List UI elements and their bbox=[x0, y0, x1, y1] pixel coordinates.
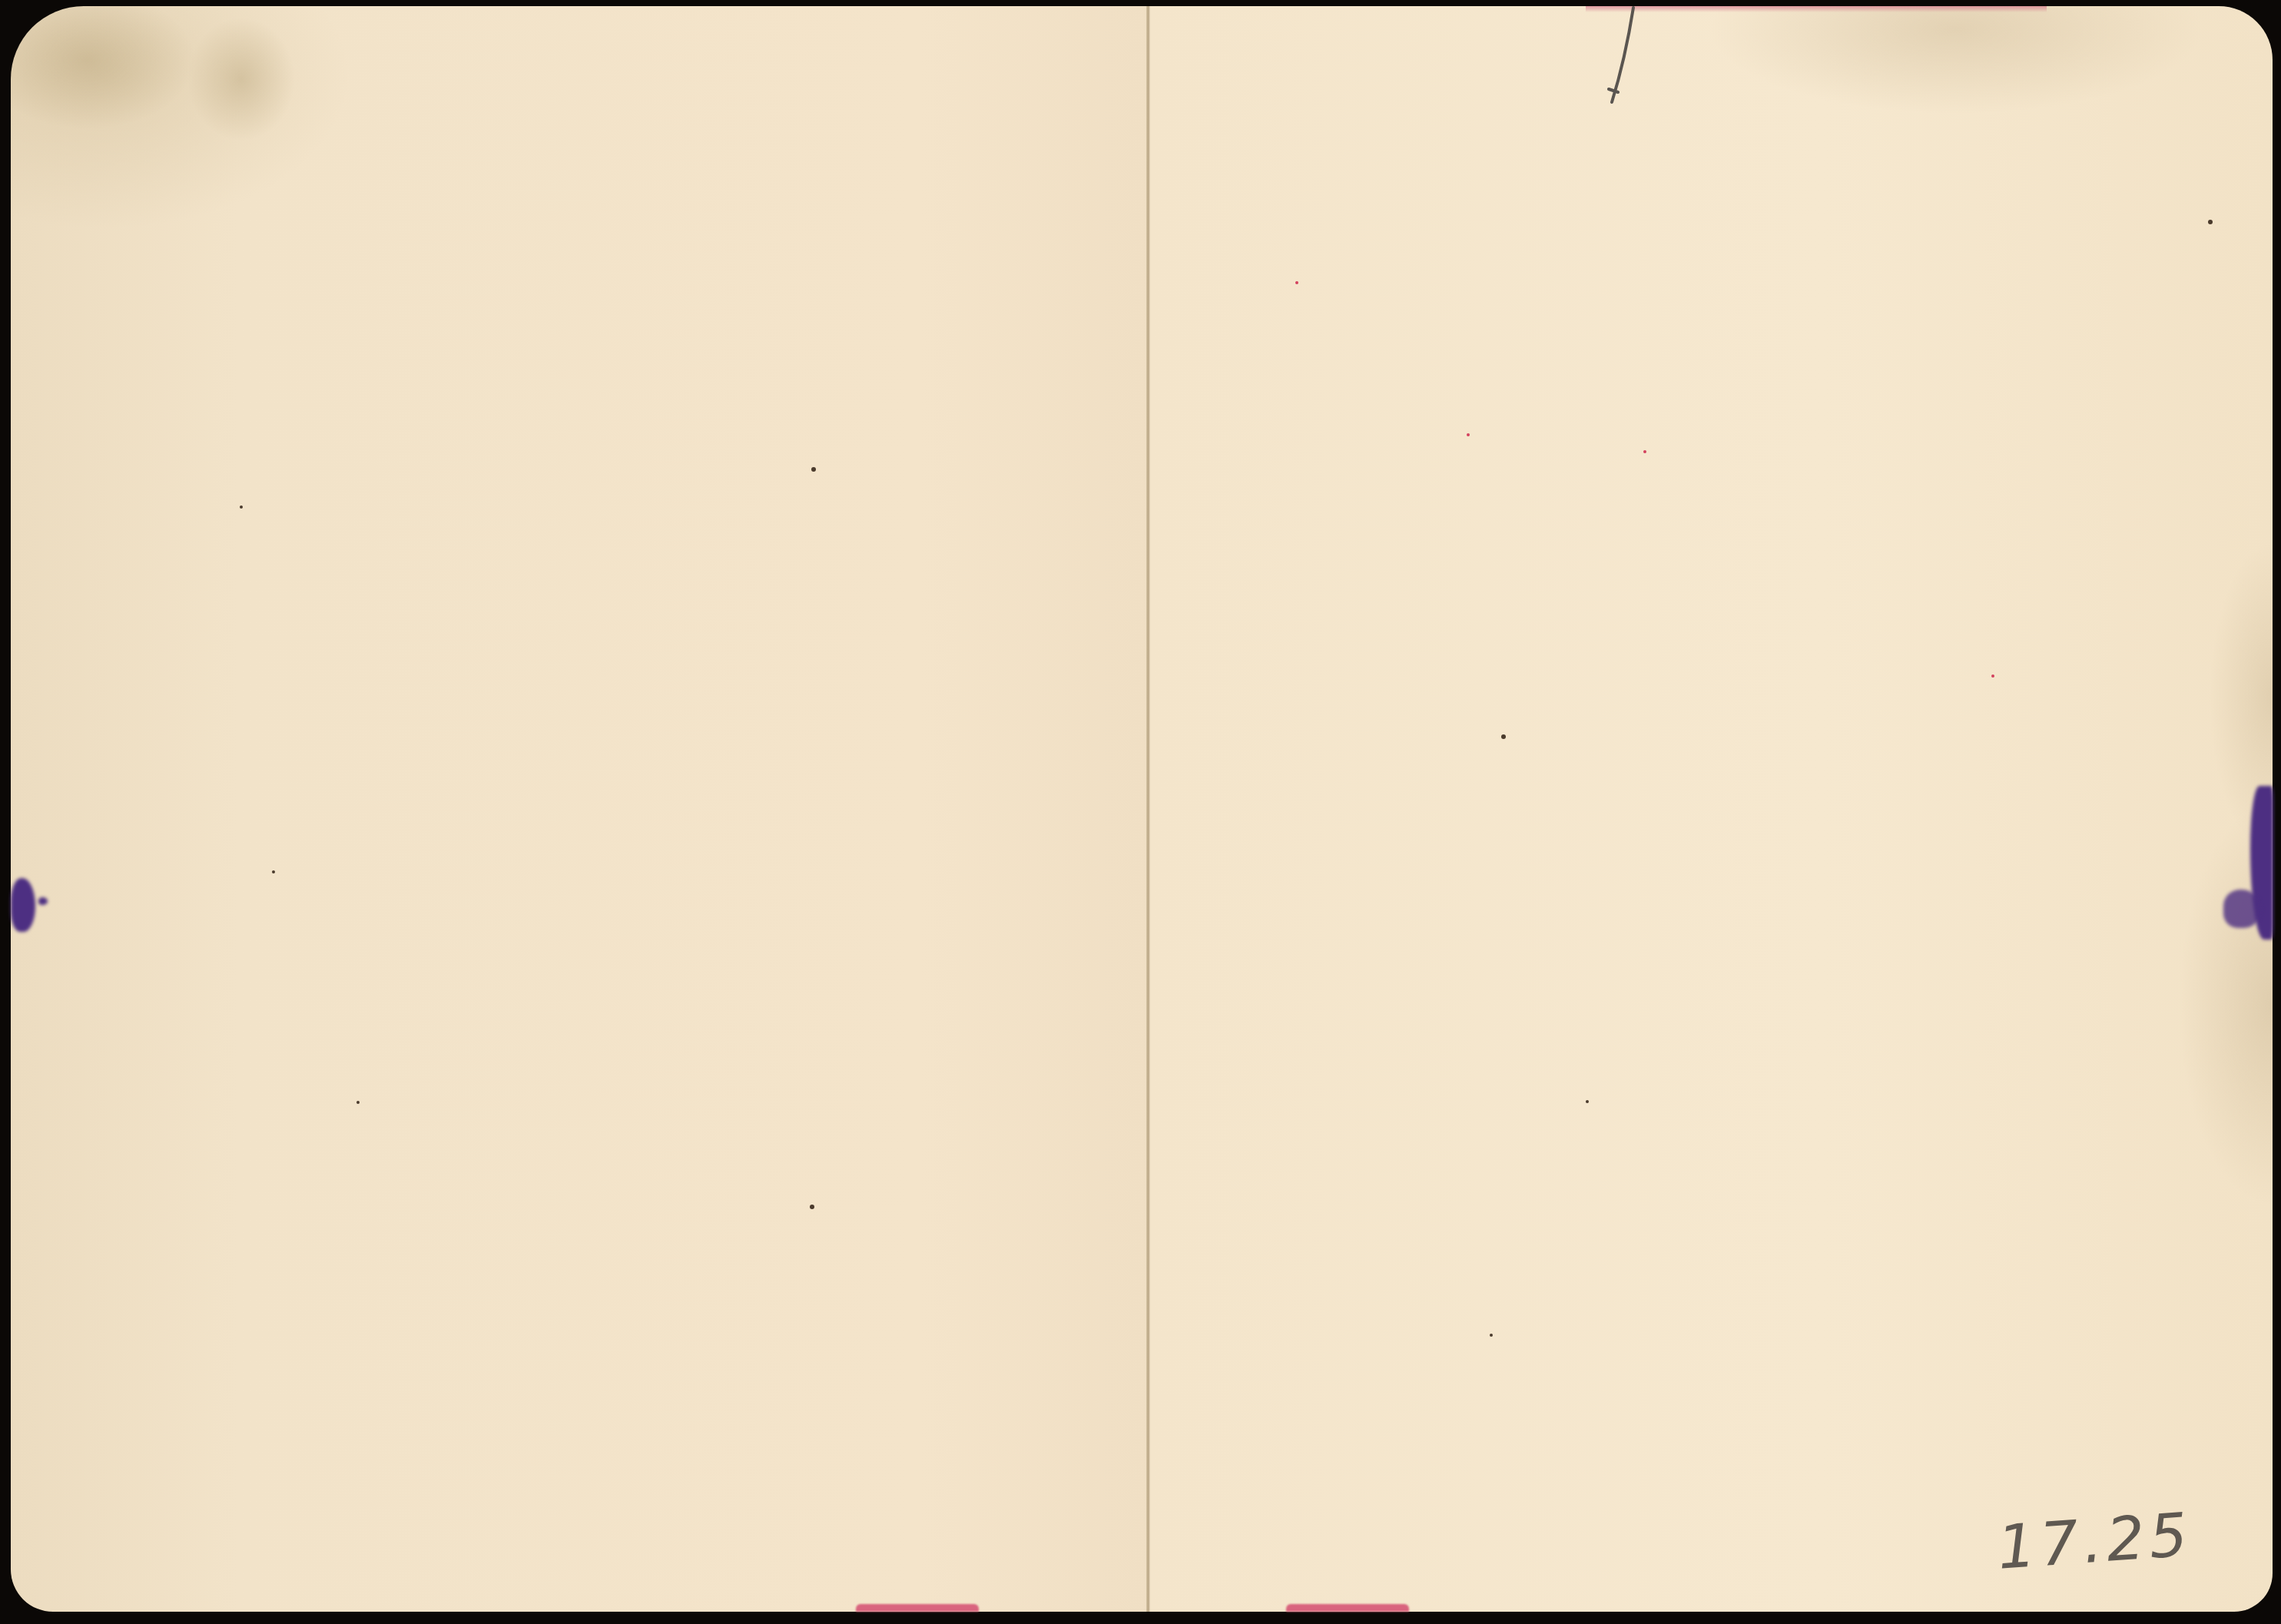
speck bbox=[356, 1101, 360, 1104]
speck bbox=[1501, 734, 1506, 739]
red-speck bbox=[1295, 281, 1298, 284]
pink-edge-stain-top bbox=[1586, 6, 2047, 12]
speck bbox=[2208, 220, 2213, 224]
red-speck bbox=[1467, 433, 1470, 436]
speck bbox=[272, 870, 275, 873]
red-speck bbox=[1643, 450, 1646, 453]
speck bbox=[811, 467, 816, 472]
right-page bbox=[1149, 6, 2273, 1612]
speck bbox=[810, 1205, 814, 1209]
speck bbox=[1586, 1100, 1589, 1103]
ink-blot-left-drop bbox=[38, 897, 48, 905]
ink-blot-right-spread bbox=[2223, 890, 2262, 928]
speck bbox=[1490, 1334, 1493, 1337]
speck bbox=[240, 505, 243, 509]
booklet-spread bbox=[11, 6, 2273, 1612]
center-fold bbox=[1146, 6, 1150, 1612]
left-page bbox=[11, 6, 1148, 1612]
ink-blot-left bbox=[11, 878, 35, 932]
handwritten-note: 17.25 bbox=[1995, 1500, 2194, 1583]
red-speck bbox=[1991, 674, 1994, 678]
pink-edge-stain-bottom-right bbox=[1286, 1604, 1409, 1612]
pink-edge-stain-bottom-left bbox=[856, 1604, 979, 1612]
pencil-stroke bbox=[1606, 6, 1636, 106]
